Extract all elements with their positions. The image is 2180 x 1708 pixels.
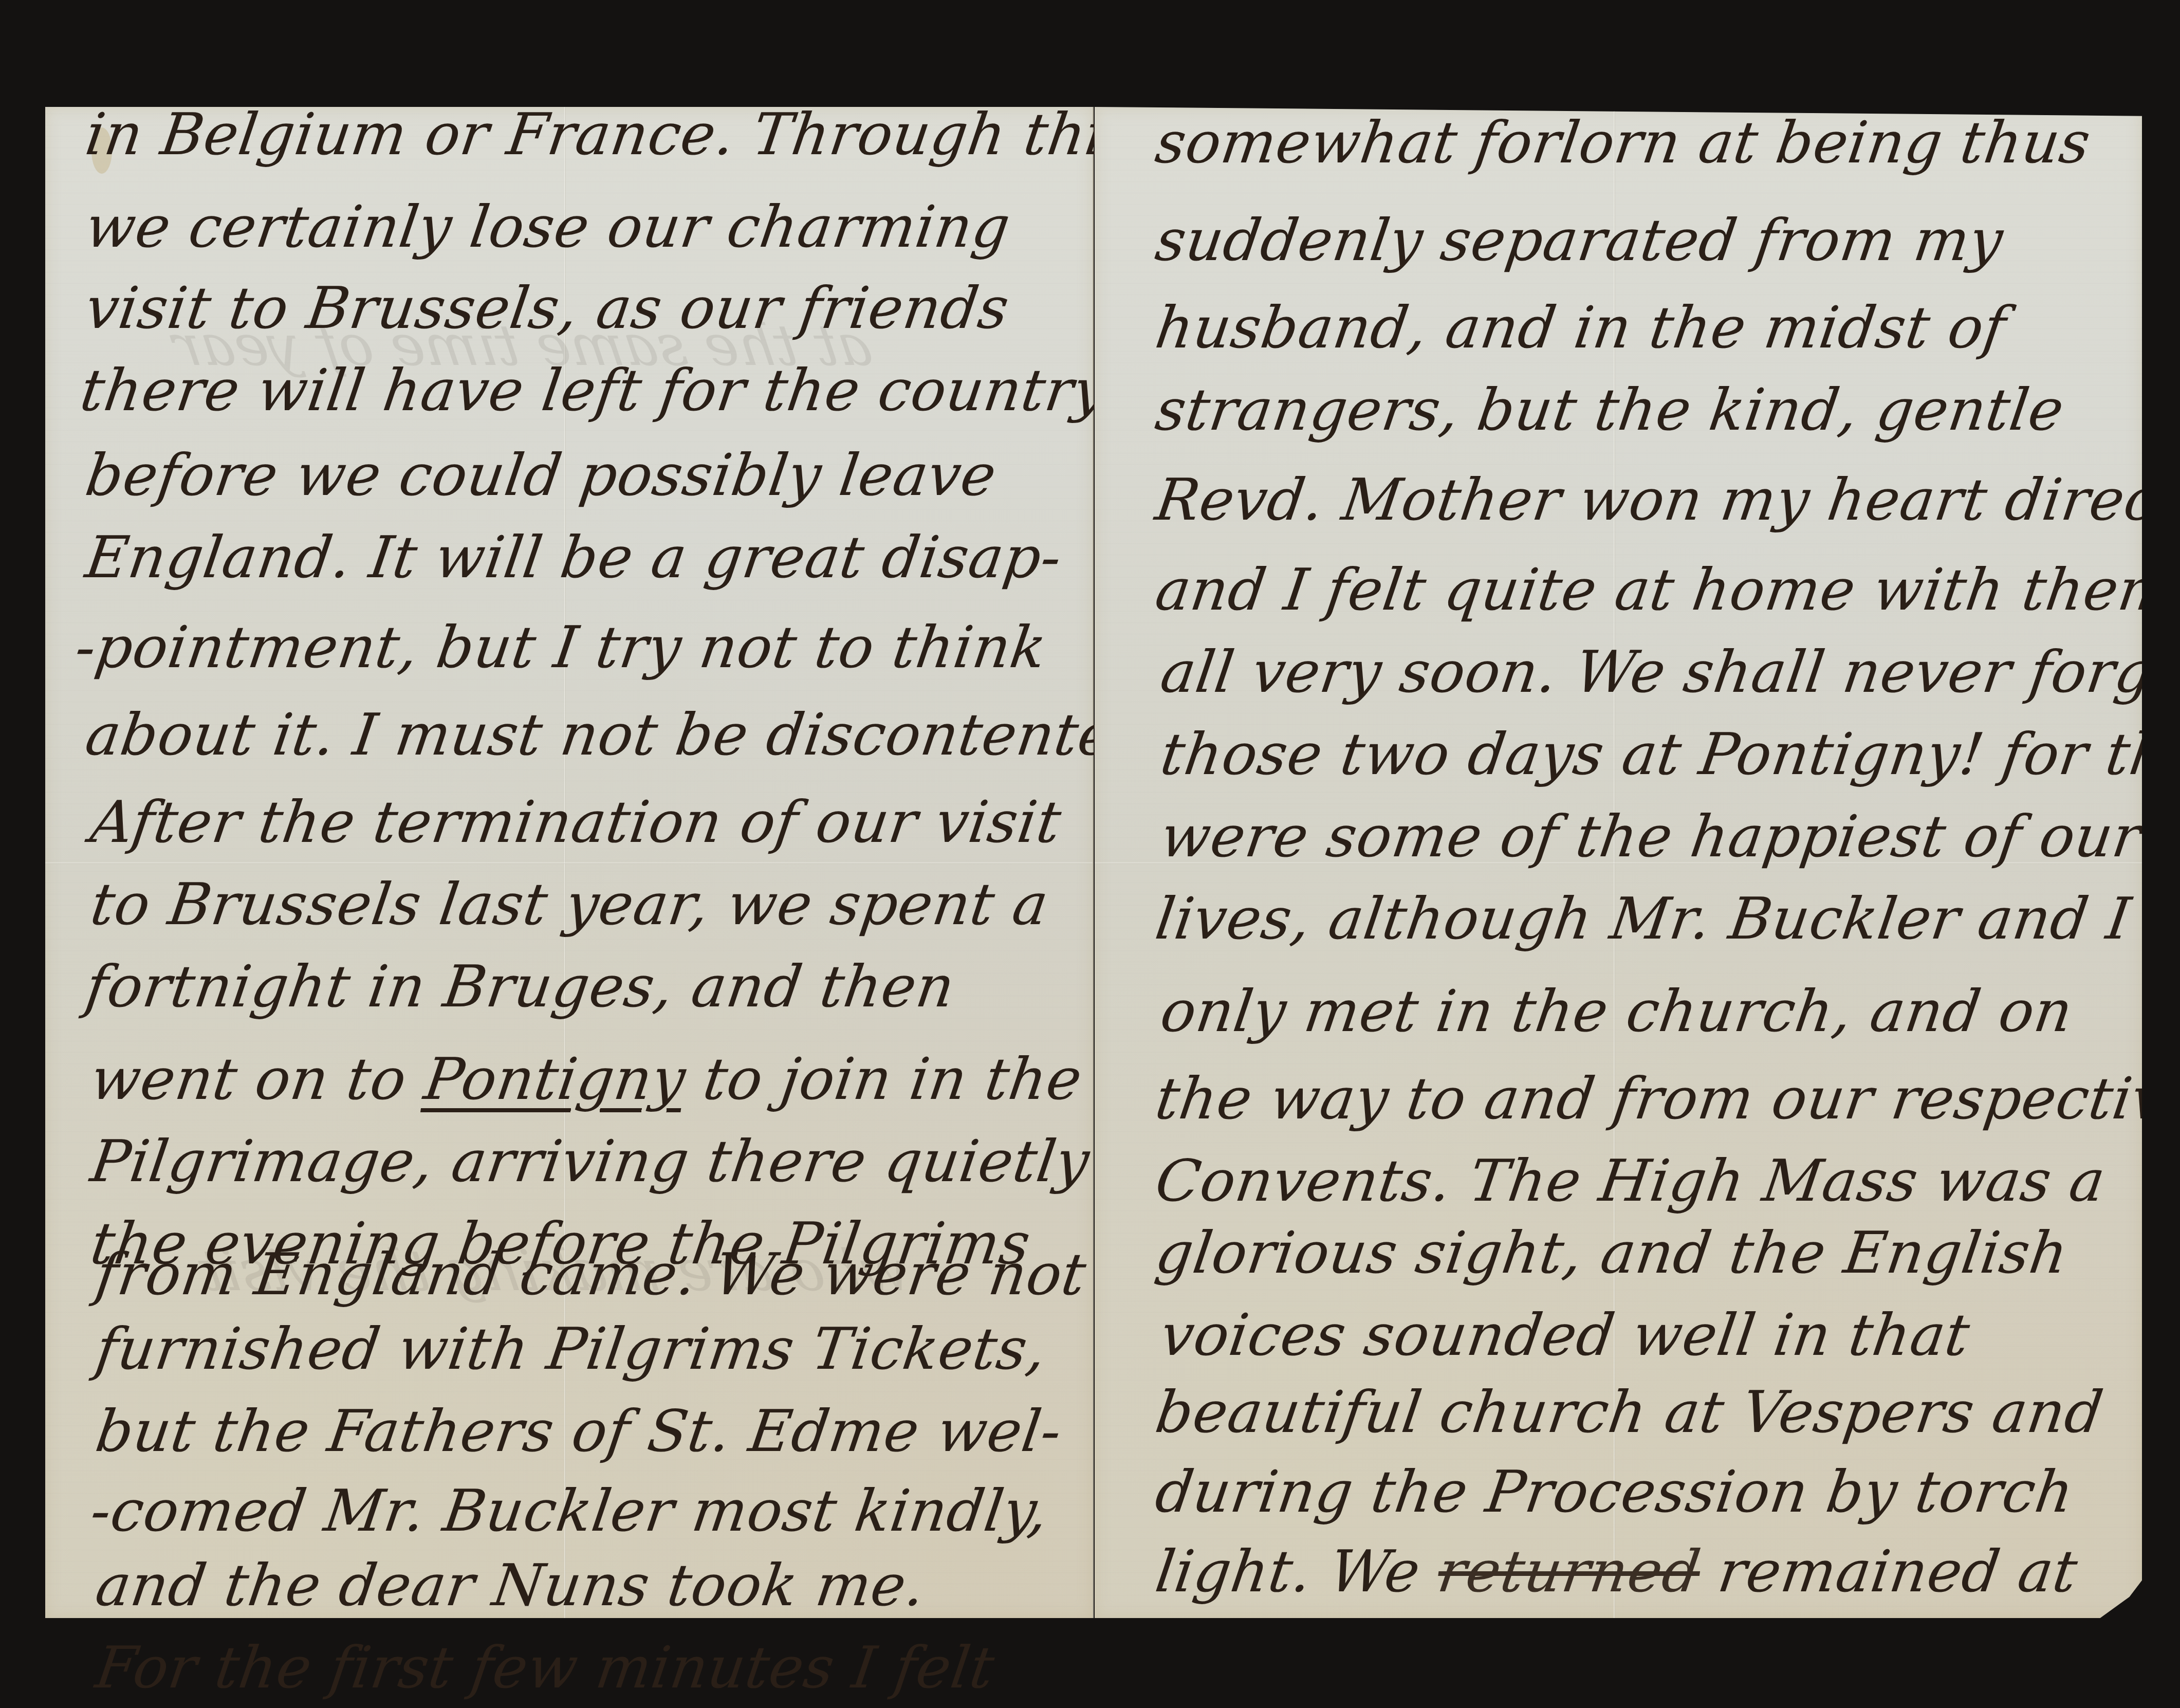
text-line: husband, and in the midst of (1151, 292, 2010, 364)
text-line: the way to and from our respective (1151, 1063, 2180, 1135)
underlined-place-name: Pontigny (420, 1046, 690, 1113)
text-line-with-strikethrough: light. We returned remained at (1151, 1536, 2082, 1608)
text-line: glorious sight, and the English (1151, 1217, 2073, 1289)
struck-out-word: returned (1434, 1538, 1705, 1605)
text-line: about it. I must not be discontented. (81, 699, 1174, 771)
text-line: furnished with Pilgrims Tickets, (91, 1313, 1051, 1385)
text-line: all very soon. We shall never forget (1156, 636, 2180, 708)
text-line: -comed Mr. Buckler most kindly, (86, 1475, 1053, 1547)
horizontal-fold-crease (45, 862, 1093, 864)
text-segment: went on to (87, 1046, 430, 1113)
text-line: England. It will be a great disap- (81, 522, 1066, 594)
text-segment: to join in the (680, 1046, 1086, 1113)
text-line: we certainly lose our charming (81, 191, 1015, 263)
letter-sheet: at the same time of year who are making … (45, 107, 2142, 1618)
text-line: Revd. Mother won my heart directly, (1151, 464, 2180, 536)
text-line: to Brussels last year, we spent a (86, 869, 1053, 941)
text-line: fortnight in Bruges, and then (81, 951, 959, 1023)
text-line: suddenly separated from my (1151, 205, 2008, 277)
text-line: -pointment, but I try not to think (71, 612, 1051, 684)
text-line: For the first few minutes I felt (91, 1632, 999, 1704)
text-line: Pilgrimage, arriving there quietly (86, 1126, 1094, 1198)
text-line: during the Procession by torch (1151, 1456, 2078, 1528)
text-line: only met in the church, and on (1156, 976, 2077, 1048)
text-line: strangers, but the kind, gentle (1151, 374, 2068, 446)
text-line: were some of the happiest of our (1156, 801, 2146, 873)
text-line: from England came. We were not (91, 1239, 1091, 1311)
text-line: voices sounded well in that (1156, 1299, 1974, 1371)
text-line: those two days at Pontigny! for they (1156, 719, 2180, 791)
right-page: somewhat forlorn at being thus suddenly … (1095, 107, 2142, 1618)
text-line: beautiful church at Vespers and (1151, 1376, 2108, 1448)
text-line: but the Fathers of St. Edme wel- (91, 1395, 1066, 1467)
text-line: lives, although Mr. Buckler and I (1151, 883, 2135, 955)
text-line: in Belgium or France. Through this (81, 99, 1140, 171)
text-line: visit to Brussels, as our friends (81, 272, 1013, 344)
left-page: at the same time of year who are making … (45, 107, 1094, 1618)
text-segment: light. We (1152, 1538, 1444, 1605)
text-line: before we could possibly leave (81, 439, 1001, 511)
text-line: and the dear Nuns took me. (91, 1550, 930, 1622)
text-segment: remained at (1695, 1538, 2082, 1605)
text-line-with-underline: went on to Pontigny to join in the (86, 1043, 1086, 1115)
text-line: there will have left for the country (76, 355, 1112, 427)
text-line: After the termination of our visit (86, 786, 1066, 858)
text-line: and I felt quite at home with them (1151, 554, 2179, 626)
text-line: Convents. The High Mass was a (1151, 1145, 2110, 1217)
text-line: somewhat forlorn at being thus (1151, 107, 2095, 179)
